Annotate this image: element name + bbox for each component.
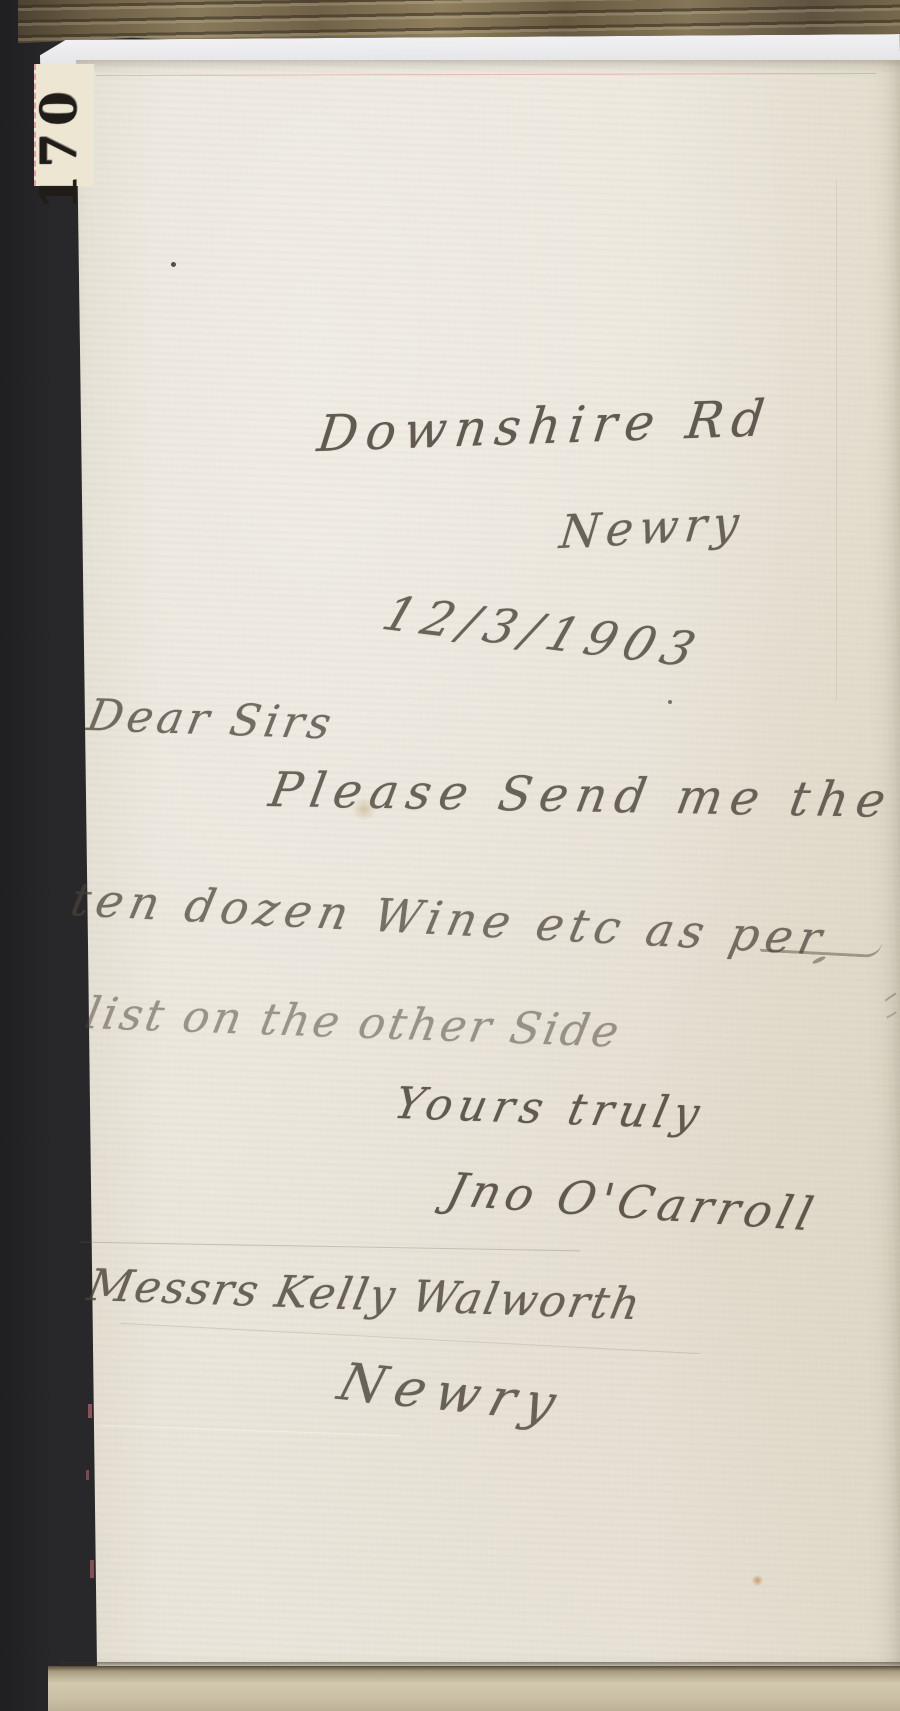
salutation-line: Dear Sirs: [83, 690, 339, 749]
ink-speck: [171, 262, 176, 267]
closing-line: Yours truly: [390, 1078, 710, 1139]
page-number-text: 170: [29, 82, 89, 212]
paper-crease: [836, 180, 837, 700]
bottom-page-edge: [48, 1666, 900, 1711]
page-bottom-shadow: [60, 1662, 900, 1668]
ink-speck: [668, 700, 672, 704]
scanned-letter-photo: 170 Downshire Rd Newry 12/3/1903 Dear Si…: [0, 0, 900, 1711]
rust-stain: [752, 1575, 763, 1586]
red-ink-bleed: [90, 1560, 94, 1578]
red-ink-bleed: [86, 1470, 89, 1480]
ink-stain: [350, 798, 378, 820]
address-line-2: Newry: [557, 495, 747, 559]
page-number-stamp: 170: [18, 82, 100, 212]
red-ink-bleed: [88, 1404, 92, 1418]
